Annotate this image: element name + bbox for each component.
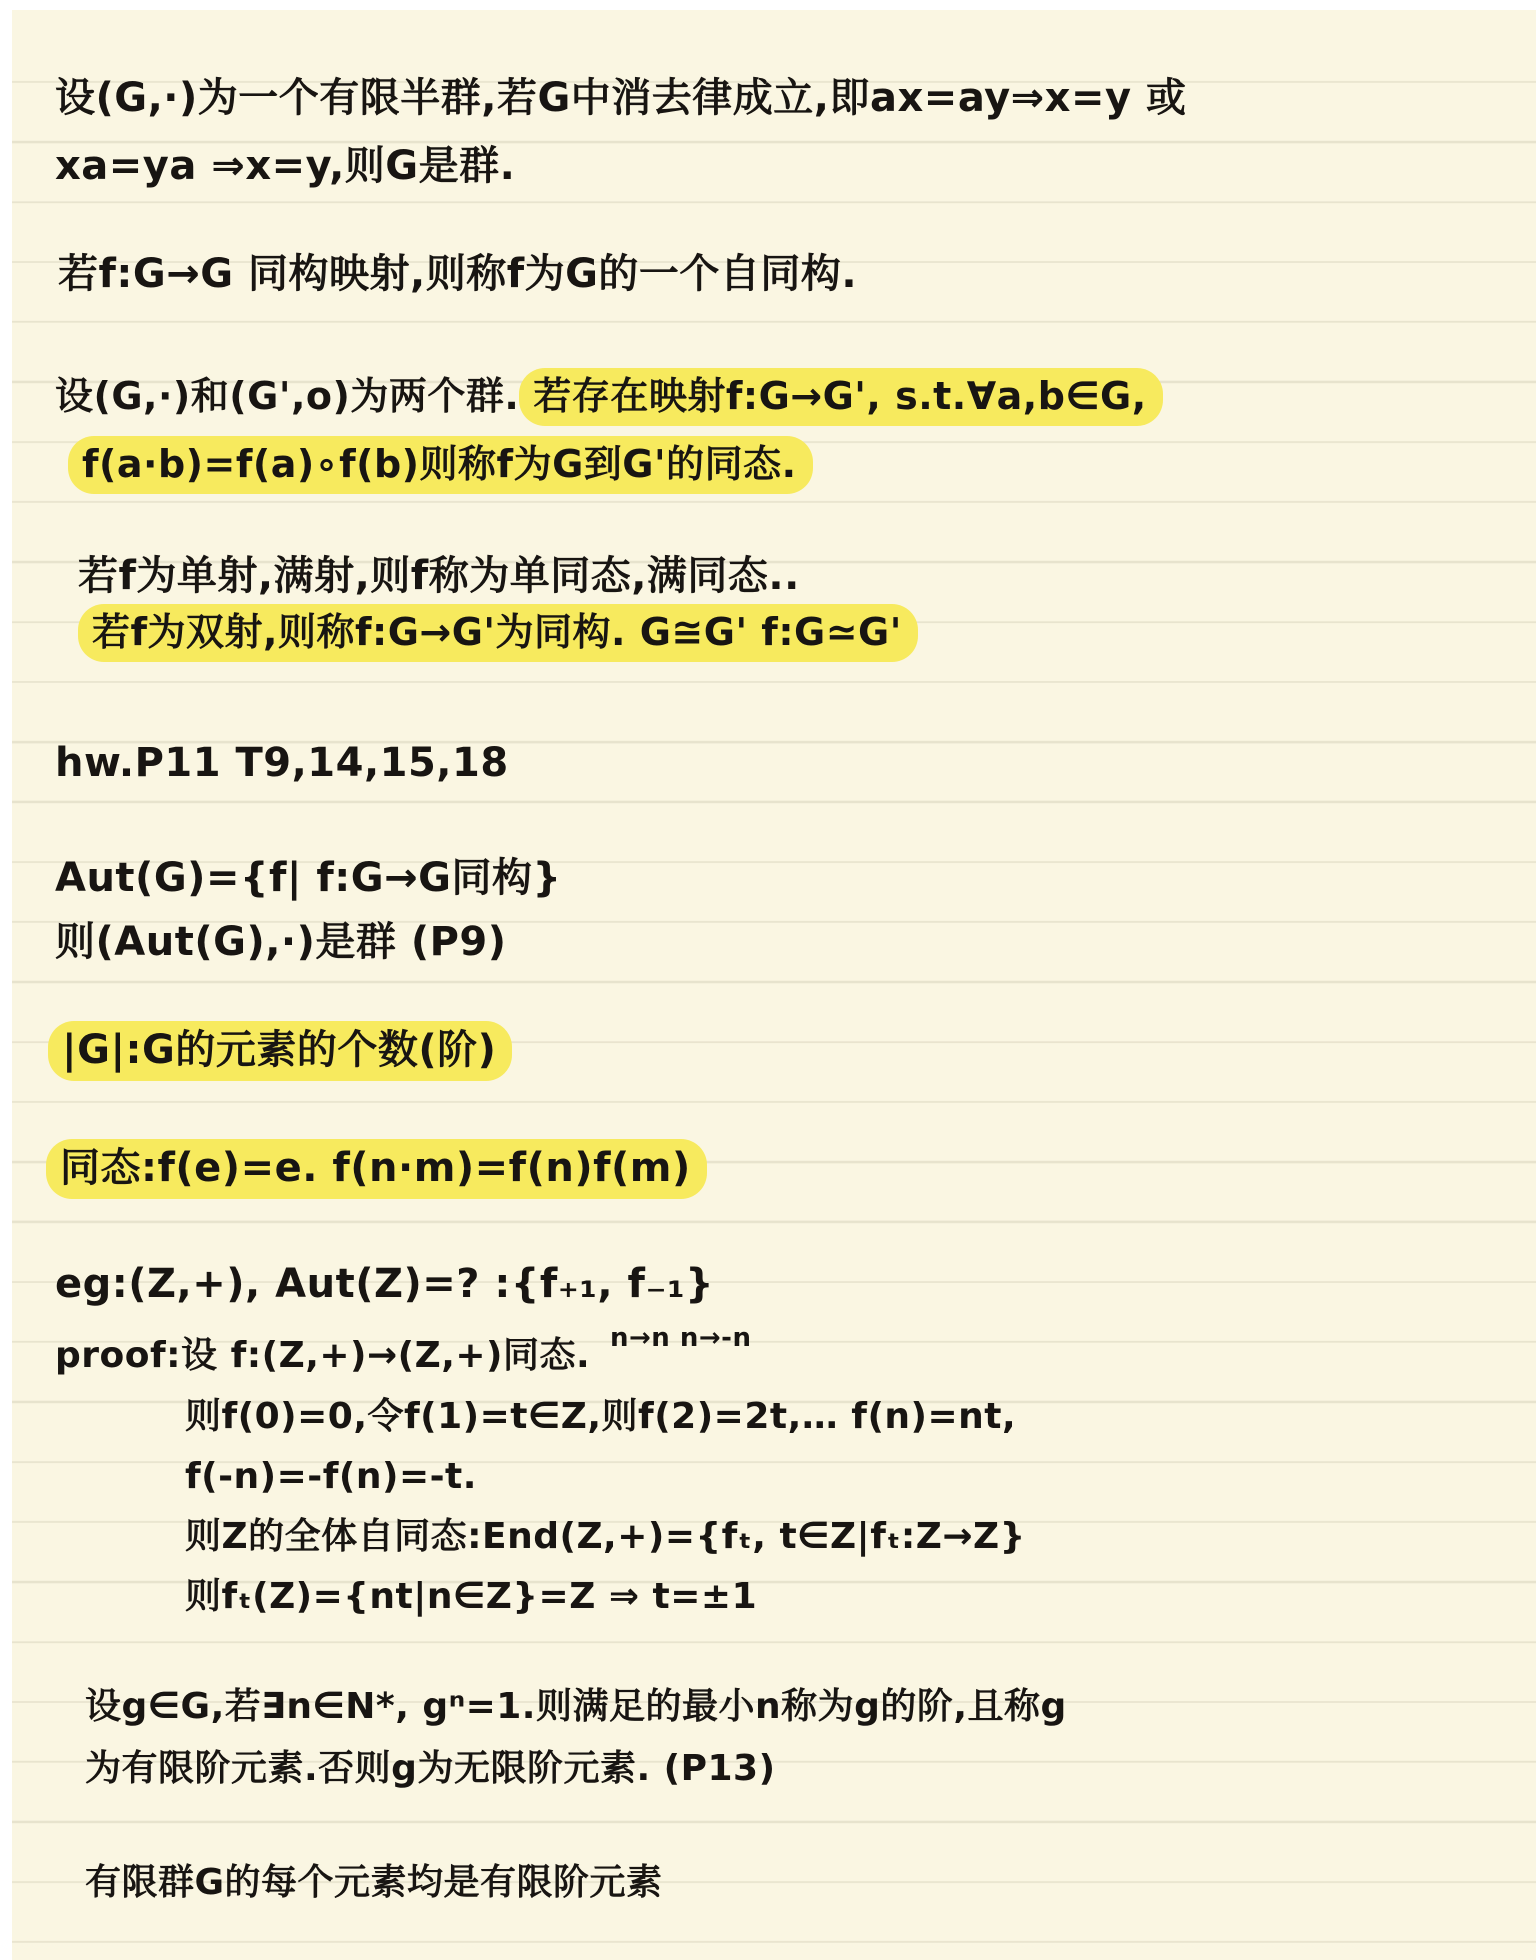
note-text: Aut(G)={f| f:G→G同构} <box>55 855 561 901</box>
note-text: n→n n→-n <box>610 1323 751 1353</box>
note-proof-step2: f(-n)=-f(n)=-t. <box>185 1454 477 1501</box>
note-text: 为有限阶元素.否则g为无限阶元素. (P13) <box>85 1748 776 1789</box>
note-order-definition: |G|:G的元素的个数(阶) <box>48 1024 512 1076</box>
note-proof-step3: 则Z的全体自同态:End(Z,+)={fₜ, t∈Z|fₜ:Z→Z} <box>185 1514 1026 1561</box>
note-text: 若f:G→G 同构映射,则称f为G的一个自同构. <box>58 251 857 297</box>
note-text: xa=ya ⇒x=y,则G是群. <box>55 143 515 189</box>
note-text: 设g∈G,若∃n∈N*, gⁿ=1.则满足的最小n称为g的阶,且称g <box>85 1686 1067 1727</box>
note-homomorphism-line2: f(a·b)=f(a)∘f(b)则称f为G到G'的同态. <box>68 440 813 489</box>
highlighted-text: 若f为双射,则称f:G→G'为同构. G≅G' f:G≃G' <box>78 604 918 662</box>
note-text: 则f(0)=0,令f(1)=t∈Z,则f(2)=2t,… f(n)=nt, <box>185 1396 1016 1437</box>
note-element-order-line2: 为有限阶元素.否则g为无限阶元素. (P13) <box>85 1746 776 1793</box>
note-finite-group-order: 有限群G的每个元素均是有限阶元素 <box>85 1860 663 1907</box>
note-proof-step4: 则fₜ(Z)={nt|n∈Z}=Z ⇒ t=±1 <box>185 1574 757 1621</box>
highlighted-text: 同态:f(e)=e. f(n·m)=f(n)f(m) <box>46 1139 707 1199</box>
note-cancellation-line2: xa=ya ⇒x=y,则G是群. <box>55 140 515 192</box>
note-text: 设(G,·)和(G',o)为两个群. <box>55 374 519 418</box>
note-cancellation-line1: 设(G,·)为一个有限半群,若G中消去律成立,即ax=ay⇒x=y 或 <box>55 72 1186 124</box>
note-mono-epi: 若f为单射,满射,则f称为单同态,满同态.. <box>78 550 800 602</box>
note-text: f(-n)=-f(n)=-t. <box>185 1456 477 1497</box>
page-edge-top <box>0 0 1536 10</box>
note-proof-intro: proof:设 f:(Z,+)→(Z,+)同态. <box>55 1333 590 1380</box>
note-text: 若f为单射,满射,则f称为单同态,满同态.. <box>78 553 800 599</box>
note-text: 则(Aut(G),·)是群 (P9) <box>55 919 507 965</box>
note-element-order-line1: 设g∈G,若∃n∈N*, gⁿ=1.则满足的最小n称为g的阶,且称g <box>85 1684 1067 1731</box>
note-text: hw.P11 T9,14,15,18 <box>55 740 509 786</box>
note-text: 则Z的全体自同态:End(Z,+)={fₜ, t∈Z|fₜ:Z→Z} <box>185 1516 1026 1557</box>
note-text: 则fₜ(Z)={nt|n∈Z}=Z ⇒ t=±1 <box>185 1576 757 1617</box>
note-homomorphism-line1: 设(G,·)和(G',o)为两个群.若存在映射f:G→G', s.t.∀a,b∈… <box>55 372 1163 421</box>
note-homomorphism-properties: 同态:f(e)=e. f(n·m)=f(n)f(m) <box>46 1142 707 1194</box>
notebook-page: 设(G,·)为一个有限半群,若G中消去律成立,即ax=ay⇒x=y 或 xa=y… <box>0 0 1536 1960</box>
note-text: eg:(Z,+), Aut(Z)=? :{f₊₁, f₋₁} <box>55 1261 714 1307</box>
note-automorphism: 若f:G→G 同构映射,则称f为G的一个自同构. <box>58 248 857 300</box>
page-edge-left <box>0 0 12 1960</box>
note-text: 有限群G的每个元素均是有限阶元素 <box>85 1862 663 1903</box>
note-aut-group: 则(Aut(G),·)是群 (P9) <box>55 916 507 968</box>
highlighted-text: 若存在映射f:G→G', s.t.∀a,b∈G, <box>519 368 1162 426</box>
highlighted-text: f(a·b)=f(a)∘f(b)则称f为G到G'的同态. <box>68 436 813 494</box>
note-homework: hw.P11 T9,14,15,18 <box>55 737 509 789</box>
note-isomorphism: 若f为双射,则称f:G→G'为同构. G≅G' f:G≃G' <box>78 608 918 657</box>
note-text: 设(G,·)为一个有限半群,若G中消去律成立,即ax=ay⇒x=y 或 <box>55 75 1186 121</box>
note-text: proof:设 f:(Z,+)→(Z,+)同态. <box>55 1335 590 1376</box>
note-aut-definition: Aut(G)={f| f:G→G同构} <box>55 852 561 904</box>
note-example-maps: n→n n→-n <box>610 1322 751 1356</box>
ruled-lines <box>12 10 1536 1960</box>
note-proof-step1: 则f(0)=0,令f(1)=t∈Z,则f(2)=2t,… f(n)=nt, <box>185 1394 1016 1441</box>
note-example-statement: eg:(Z,+), Aut(Z)=? :{f₊₁, f₋₁} <box>55 1258 714 1310</box>
highlighted-text: |G|:G的元素的个数(阶) <box>48 1021 512 1081</box>
